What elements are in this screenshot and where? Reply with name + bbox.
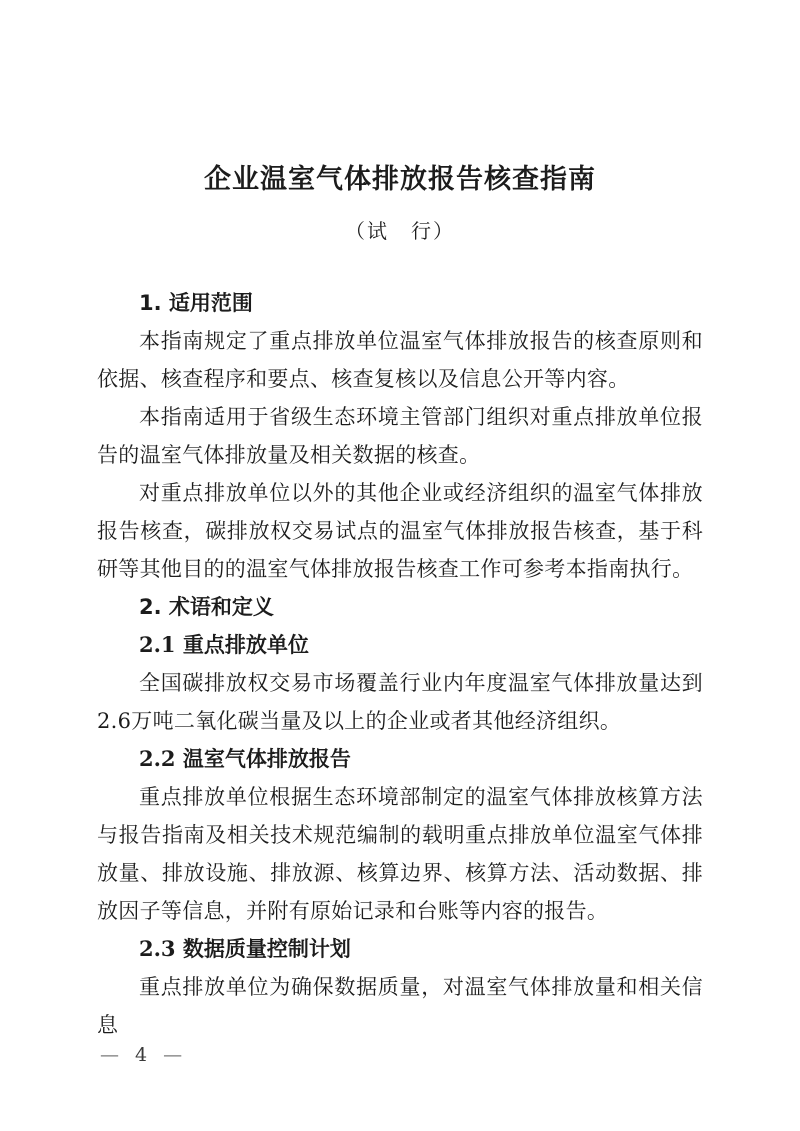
subsection-heading-2-2: 2.2 温室气体排放报告 bbox=[97, 740, 703, 778]
subsection-heading-2-1: 2.1 重点排放单位 bbox=[97, 626, 703, 664]
footer-right-dash: — bbox=[163, 1040, 182, 1070]
paragraph-2-3: 重点排放单位为确保数据质量，对温室气体排放量和相关信息 bbox=[97, 968, 703, 1044]
paragraph-scope-2: 本指南适用于省级生态环境主管部门组织对重点排放单位报告的温室气体排放量及相关数据… bbox=[97, 398, 703, 474]
page-number: 4 bbox=[135, 1040, 147, 1070]
section-heading-scope: 1. 适用范围 bbox=[97, 284, 703, 322]
paragraph-scope-3: 对重点排放单位以外的其他企业或经济组织的温室气体排放报告核查，碳排放权交易试点的… bbox=[97, 474, 703, 588]
document-content: 1. 适用范围 本指南规定了重点排放单位温室气体排放报告的核查原则和依据、核查程… bbox=[97, 284, 703, 1044]
section-heading-terms: 2. 术语和定义 bbox=[97, 588, 703, 626]
paragraph-2-2: 重点排放单位根据生态环境部制定的温室气体排放核算方法与报告指南及相关技术规范编制… bbox=[97, 778, 703, 930]
document-page: 企业温室气体排放报告核查指南 （试 行） 1. 适用范围 本指南规定了重点排放单… bbox=[0, 0, 800, 1131]
paragraph-2-1: 全国碳排放权交易市场覆盖行业内年度温室气体排放量达到2.6万吨二氧化碳当量及以上… bbox=[97, 664, 703, 740]
paragraph-scope-1: 本指南规定了重点排放单位温室气体排放报告的核查原则和依据、核查程序和要点、核查复… bbox=[97, 322, 703, 398]
subsection-heading-2-3: 2.3 数据质量控制计划 bbox=[97, 930, 703, 968]
page-footer: — 4 — bbox=[100, 1040, 182, 1070]
document-subtitle: （试 行） bbox=[0, 214, 800, 248]
document-title: 企业温室气体排放报告核查指南 bbox=[0, 160, 800, 200]
footer-left-dash: — bbox=[100, 1040, 119, 1070]
